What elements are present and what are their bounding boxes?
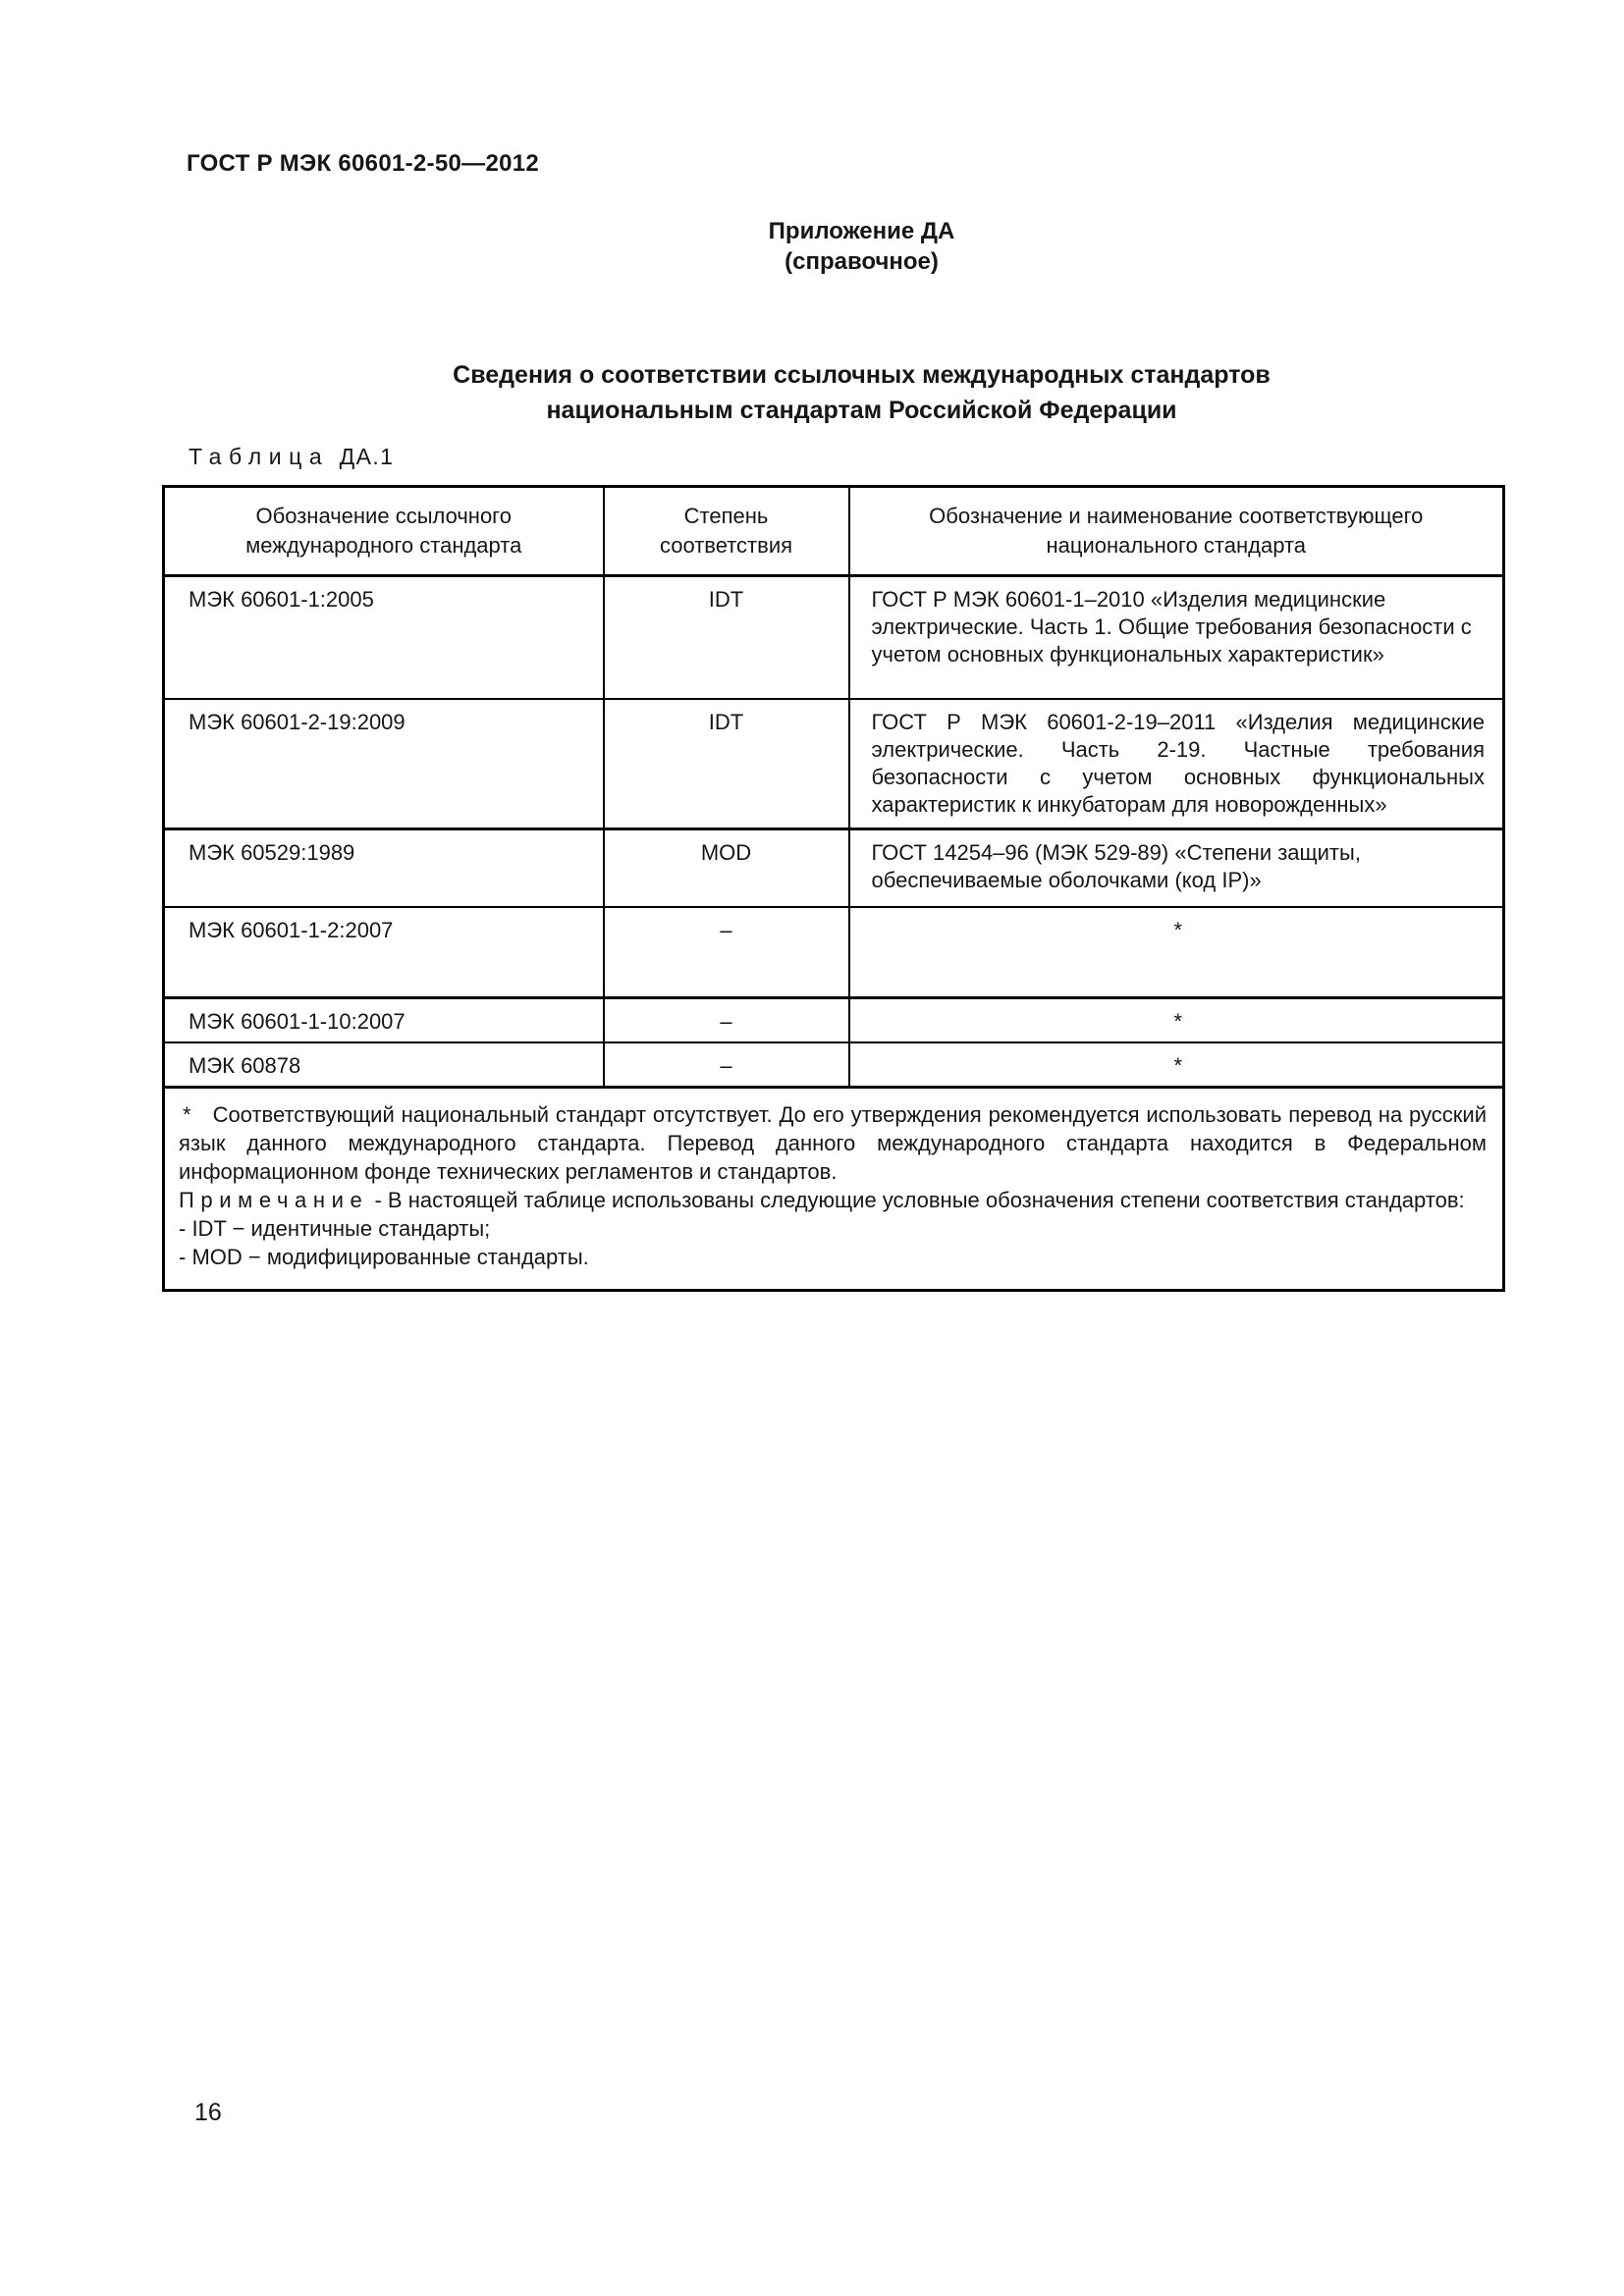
cell-degree: IDT: [604, 576, 849, 699]
doc-number: ГОСТ Р МЭК 60601-2-50—2012: [187, 150, 539, 178]
section-title: Сведения о соответствии ссылочных междун…: [221, 357, 1502, 428]
legend-item-mod: - MOD − модифицированные стандарты.: [179, 1243, 1487, 1271]
page-number: 16: [194, 2099, 222, 2127]
cell-international-standard: МЭК 60601-1-2:2007: [164, 907, 604, 998]
cell-national-standard: *: [849, 1042, 1504, 1088]
section-title-line1: Сведения о соответствии ссылочных междун…: [221, 357, 1502, 393]
cell-international-standard: МЭК 60601-1-10:2007: [164, 998, 604, 1043]
footnote-row: *Соответствующий национальный стандарт о…: [164, 1088, 1504, 1291]
column-header-degree: Степень соответствия: [604, 487, 849, 576]
footnote-note: Примечание - В настоящей таблице использ…: [179, 1186, 1487, 1214]
footnote-cell: *Соответствующий национальный стандарт о…: [164, 1088, 1504, 1291]
appendix-title: Приложение ДА: [221, 216, 1502, 246]
cell-international-standard: МЭК 60601-2-19:2009: [164, 699, 604, 829]
table-row: МЭК 60601-1:2005 IDT ГОСТ Р МЭК 60601-1–…: [164, 576, 1504, 699]
column-header-international-standard: Обозначение ссылочного международного ст…: [164, 487, 604, 576]
table-row: МЭК 60601-2-19:2009 IDT ГОСТ Р МЭК 60601…: [164, 699, 1504, 829]
table-row: МЭК 60878 – *: [164, 1042, 1504, 1088]
cell-national-standard: *: [849, 907, 1504, 998]
cell-national-standard: ГОСТ Р МЭК 60601-2-19–2011 «Изделия меди…: [849, 699, 1504, 829]
cell-international-standard: МЭК 60878: [164, 1042, 604, 1088]
appendix-subtitle: (справочное): [221, 246, 1502, 277]
table-caption-number: ДА.1: [340, 444, 395, 469]
table-row: МЭК 60601-1-2:2007 – *: [164, 907, 1504, 998]
section-title-line2: национальным стандартам Российской Федер…: [221, 393, 1502, 428]
cell-degree: –: [604, 907, 849, 998]
cell-national-standard: ГОСТ Р МЭК 60601-1–2010 «Изделия медицин…: [849, 576, 1504, 699]
note-text: - В настоящей таблице использованы следу…: [374, 1188, 1464, 1212]
cell-international-standard: МЭК 60529:1989: [164, 829, 604, 907]
note-label: Примечание: [179, 1188, 368, 1212]
cell-degree: MOD: [604, 829, 849, 907]
cell-degree: IDT: [604, 699, 849, 829]
table-row: МЭК 60601-1-10:2007 – *: [164, 998, 1504, 1043]
footnote-asterisk-marker: *: [179, 1100, 213, 1129]
appendix-heading: Приложение ДА (справочное): [221, 216, 1502, 277]
legend-item-idt: - IDT − идентичные стандарты;: [179, 1214, 1487, 1243]
column-header-national-standard: Обозначение и наименование соответствующ…: [849, 487, 1504, 576]
footnote-paragraph: *Соответствующий национальный стандарт о…: [179, 1100, 1487, 1186]
table-header: Обозначение ссылочного международного ст…: [164, 487, 1504, 576]
correspondence-table: Обозначение ссылочного международного ст…: [162, 485, 1505, 1292]
document-page: ГОСТ Р МЭК 60601-2-50—2012 Приложение ДА…: [0, 0, 1624, 2296]
cell-national-standard: *: [849, 998, 1504, 1043]
table-header-row: Обозначение ссылочного международного ст…: [164, 487, 1504, 576]
table-caption-word: Таблица: [189, 444, 329, 469]
cell-degree: –: [604, 1042, 849, 1088]
footnote-text: Соответствующий национальный стандарт от…: [179, 1102, 1487, 1184]
table-caption: ТаблицаДА.1: [189, 444, 394, 470]
cell-degree: –: [604, 998, 849, 1043]
cell-national-standard: ГОСТ 14254–96 (МЭК 529-89) «Степени защи…: [849, 829, 1504, 907]
cell-international-standard: МЭК 60601-1:2005: [164, 576, 604, 699]
table-row: МЭК 60529:1989 MOD ГОСТ 14254–96 (МЭК 52…: [164, 829, 1504, 907]
